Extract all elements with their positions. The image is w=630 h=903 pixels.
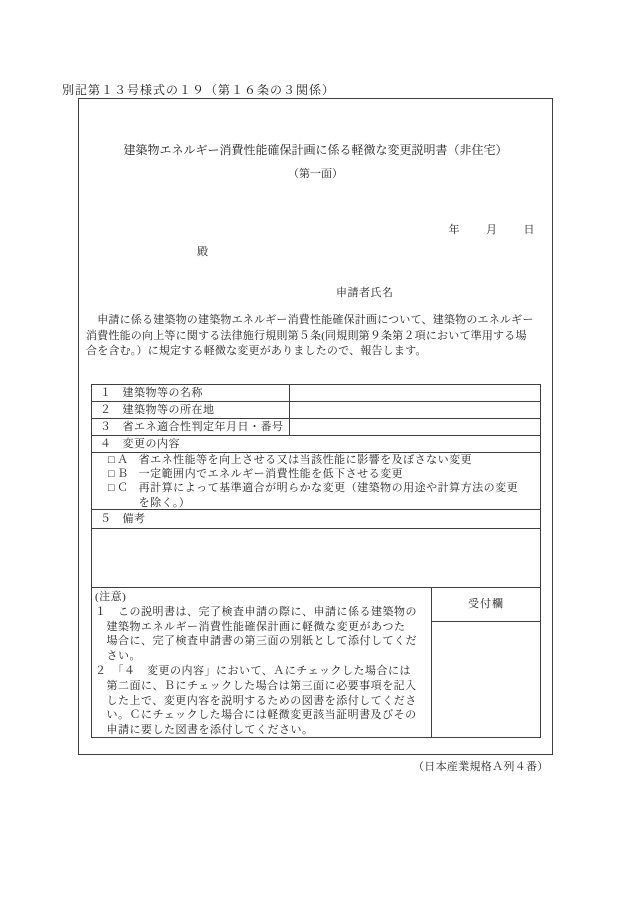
- row-title: 備考: [123, 513, 146, 525]
- row-title: 建築物等の所在地: [123, 404, 215, 416]
- remarks-input-area[interactable]: [92, 529, 540, 588]
- checkbox-a-icon[interactable]: □: [108, 453, 115, 467]
- row-title: 変更の内容: [123, 438, 181, 450]
- checkbox-c-label: 再計算によって基準適合が明らかな変更（建築物の用途や計算方法の変更 を除く。）: [139, 481, 519, 509]
- notes-text: (注意) １ この説明書は、完了検査申請の際に、申請に係る建築物の 建築物エネル…: [92, 588, 432, 737]
- paper-size-label: （日本産業規格Ａ列４番）: [413, 758, 549, 774]
- table-row-building-name: １建築物等の名称: [92, 385, 540, 402]
- row-value-input[interactable]: [290, 402, 540, 418]
- section-header-change-contents: ４変更の内容: [92, 436, 540, 453]
- row-value-input[interactable]: [290, 419, 540, 435]
- checkbox-b-icon[interactable]: □: [108, 467, 115, 481]
- row-label: ５備考: [92, 510, 146, 528]
- row-number: ３: [100, 419, 112, 435]
- checkbox-b-letter: Ｂ: [117, 467, 129, 481]
- date-line: 年 月 日: [449, 221, 537, 237]
- row-number: ４: [100, 436, 112, 452]
- form-table: １建築物等の名称 ２建築物等の所在地 ３省エネ適合性判定年月日・番号 ４変更の内…: [91, 384, 541, 738]
- checkbox-a-label: 省エネ性能等を向上させる又は当該性能に影響を及ぼさない変更: [139, 453, 473, 467]
- row-title: 省エネ適合性判定年月日・番号: [123, 421, 284, 433]
- section-header-remarks: ５備考: [92, 510, 540, 529]
- checkbox-section: □Ａ省エネ性能等を向上させる又は当該性能に影響を及ぼさない変更 □Ｂ一定範囲内で…: [92, 453, 540, 510]
- row-label: ３省エネ適合性判定年月日・番号: [92, 419, 290, 435]
- receipt-column: 受付欄: [432, 588, 540, 737]
- notes-and-receipt-row: (注意) １ この説明書は、完了検査申請の際に、申請に係る建築物の 建築物エネル…: [92, 588, 540, 737]
- checkbox-a-letter: Ａ: [117, 453, 129, 467]
- note-item-1: １ この説明書は、完了検査申請の際に、申請に係る建築物の 建築物エネルギー消費性…: [95, 605, 428, 664]
- row-label: １建築物等の名称: [92, 385, 290, 401]
- row-title: 建築物等の名称: [123, 387, 204, 399]
- checkbox-c-letter: Ｃ: [117, 481, 129, 509]
- row-number: ２: [100, 402, 112, 418]
- document-page: 別記第１３号様式の１９（第１６条の３関係） 建築物エネルギー消費性能確保計画に係…: [0, 0, 630, 903]
- row-value-input[interactable]: [290, 385, 540, 401]
- row-number: １: [100, 385, 112, 401]
- row-number: ５: [100, 510, 112, 528]
- table-row-judgement-date-number: ３省エネ適合性判定年月日・番号: [92, 419, 540, 436]
- note-item-2: ２ 「４ 変更の内容」において、Ａにチェックした場合には 第二面に、Ｂにチェック…: [95, 664, 428, 738]
- notes-title: (注意): [95, 590, 428, 605]
- page-number-label: （第一面）: [79, 165, 552, 181]
- checkbox-option-a: □Ａ省エネ性能等を向上させる又は当該性能に影響を及ぼさない変更: [108, 453, 540, 467]
- checkbox-option-b: □Ｂ一定範囲内でエネルギー消費性能を低下させる変更: [108, 467, 540, 481]
- row-label: ２建築物等の所在地: [92, 402, 290, 418]
- form-title: 建築物エネルギー消費性能確保計画に係る軽微な変更説明書（非住宅）: [79, 141, 552, 158]
- checkbox-c-icon[interactable]: □: [108, 481, 115, 509]
- applicant-name-label: 申請者氏名: [336, 284, 394, 300]
- table-row-building-location: ２建築物等の所在地: [92, 402, 540, 419]
- form-number-label: 別記第１３号様式の１９（第１６条の３関係）: [62, 81, 335, 98]
- row-label: ４変更の内容: [92, 436, 180, 452]
- form-border: 建築物エネルギー消費性能確保計画に係る軽微な変更説明書（非住宅） （第一面） 年…: [78, 98, 553, 755]
- receipt-box-label: 受付欄: [432, 588, 540, 622]
- receipt-stamp-area: [432, 622, 540, 737]
- checkbox-option-c: □Ｃ再計算によって基準適合が明らかな変更（建築物の用途や計算方法の変更 を除く。…: [108, 481, 540, 509]
- checkbox-b-label: 一定範囲内でエネルギー消費性能を低下させる変更: [139, 467, 404, 481]
- addressee-suffix: 殿: [197, 243, 208, 259]
- intro-paragraph: 申請に係る建築物の建築物エネルギー消費性能確保計画について、建築物のエネルギー …: [86, 313, 548, 360]
